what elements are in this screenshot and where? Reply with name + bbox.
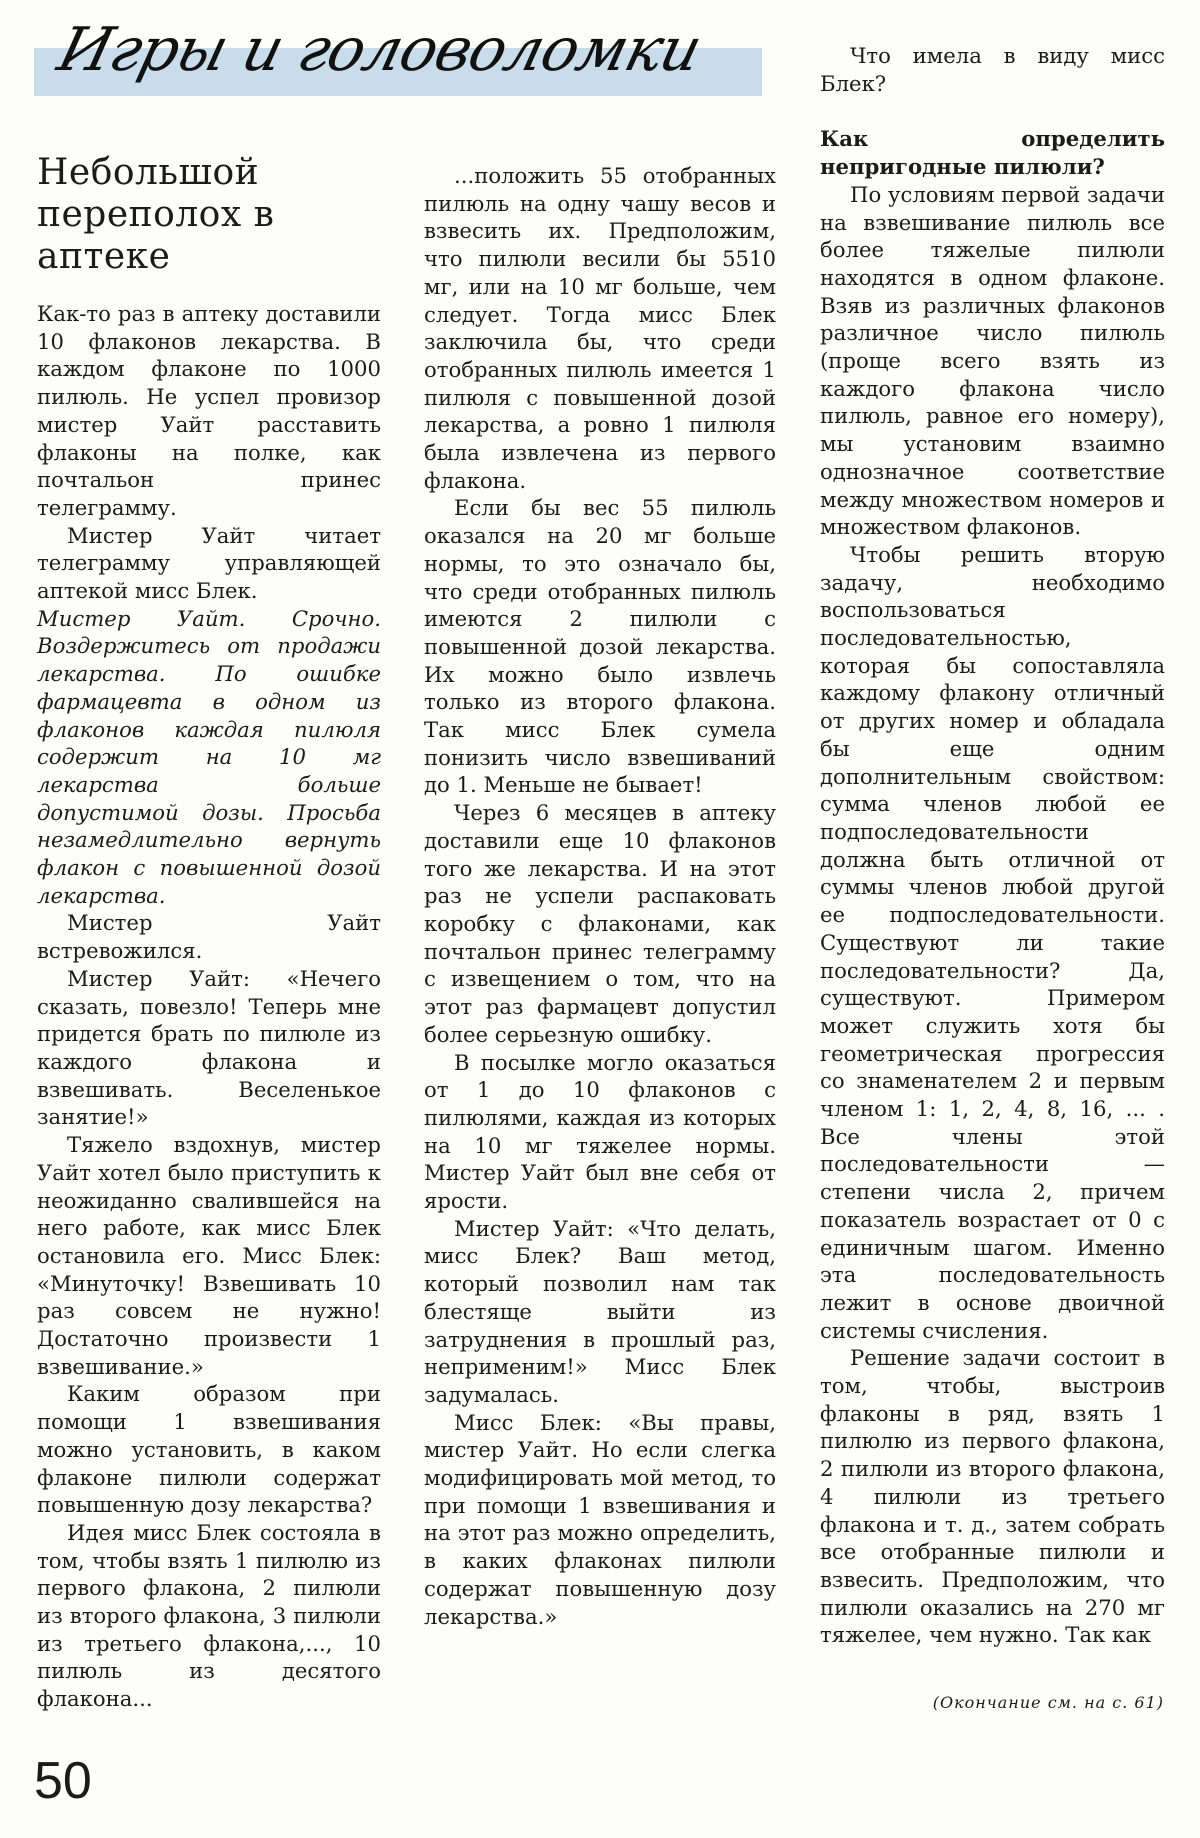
paragraph: Чтобы решить вторую задачу, необходимо в… bbox=[820, 541, 1165, 1344]
column-2: ...положить 55 отобранных пилюль на одну… bbox=[424, 162, 776, 1630]
paragraph: Каким образом при помощи 1 взвешивания м… bbox=[37, 1380, 381, 1519]
column-3: Что имела в виду мисс Блек? Как определи… bbox=[820, 42, 1165, 1649]
article-headline: Небольшой переполох в аптеке bbox=[37, 152, 387, 278]
telegram-text: Мистер Уайт. Срочно. Воздержитесь от про… bbox=[37, 605, 381, 910]
page-number: 50 bbox=[34, 1755, 92, 1807]
paragraph: Как-то раз в аптеку доставили 10 флаконо… bbox=[37, 300, 381, 522]
paragraph: По условиям первой задачи на взвешивание… bbox=[820, 181, 1165, 541]
paragraph: Если бы вес 55 пилюль оказался на 20 мг … bbox=[424, 494, 776, 799]
paragraph: Что имела в виду мисс Блек? bbox=[820, 42, 1165, 97]
continuation-note: (Окончание см. на с. 61) bbox=[933, 1693, 1164, 1712]
section-title: Игры и головоломки bbox=[53, 20, 707, 80]
column-1: Как-то раз в аптеку доставили 10 флаконо… bbox=[37, 300, 381, 1713]
paragraph: Через 6 месяцев в аптеку доставили еще 1… bbox=[424, 799, 776, 1048]
paragraph: В посылке могло оказаться от 1 до 10 фла… bbox=[424, 1049, 776, 1215]
paragraph: Мистер Уайт читает телеграмму управляюще… bbox=[37, 522, 381, 605]
paragraph: Тяжело вздохнув, мистер Уайт хотел было … bbox=[37, 1131, 381, 1380]
paragraph: ...положить 55 отобранных пилюль на одну… bbox=[424, 162, 776, 494]
paragraph: Мисс Блек: «Вы правы, мистер Уайт. Но ес… bbox=[424, 1409, 776, 1631]
paragraph: Идея мисс Блек состояла в том, чтобы взя… bbox=[37, 1519, 381, 1713]
paragraph: Мистер Уайт встревожился. bbox=[37, 909, 381, 964]
solution-subheading: Как определить непригодные пилюли? bbox=[820, 125, 1165, 180]
paragraph: Решение задачи состоит в том, чтобы, выс… bbox=[820, 1344, 1165, 1649]
paragraph: Мистер Уайт: «Нечего сказать, повезло! Т… bbox=[37, 965, 381, 1131]
paragraph: Мистер Уайт: «Что делать, мисс Блек? Ваш… bbox=[424, 1215, 776, 1409]
